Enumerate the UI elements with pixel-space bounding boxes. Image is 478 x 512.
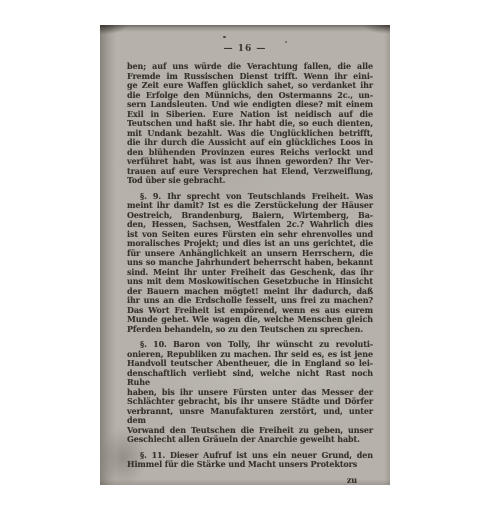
paragraph: §. 9. Ihr sprecht von Teutschlands Freih… [127, 192, 373, 335]
text-line: Himmel für die Stärke und Macht unsers P… [127, 460, 373, 470]
paragraph: §. 10. Baron von Tolly, ihr wünscht zu r… [127, 340, 373, 445]
paragraph: §. 11. Dieser Aufruf ist uns ein neuer G… [127, 451, 373, 470]
text-line: Tod über sie gebracht. [127, 176, 373, 186]
text-line: denschaftlich verliebt sind, welche nich… [127, 369, 373, 388]
scan-background: — 16 — ben; auf uns würde die Verachtung… [0, 0, 478, 512]
book-page-scan: — 16 — ben; auf uns würde die Verachtung… [100, 25, 390, 485]
ink-speck [223, 36, 226, 38]
ink-speck [285, 41, 287, 43]
text-line: Pferden behandeln, so zu den Teutschen z… [127, 325, 373, 335]
page-number-header: — 16 — [100, 44, 390, 54]
page-number: — 16 — [224, 44, 267, 54]
text-line: verbrannt, unsre Manufakturen zerstört, … [127, 407, 373, 426]
text-line: Geschlecht allen Gräueln der Anarchie ge… [127, 435, 373, 445]
page-text-block: ben; auf uns würde die Verachtung fallen… [100, 54, 390, 485]
paragraph: ben; auf uns würde die Verachtung fallen… [127, 62, 373, 186]
catchword: zu [127, 476, 373, 486]
